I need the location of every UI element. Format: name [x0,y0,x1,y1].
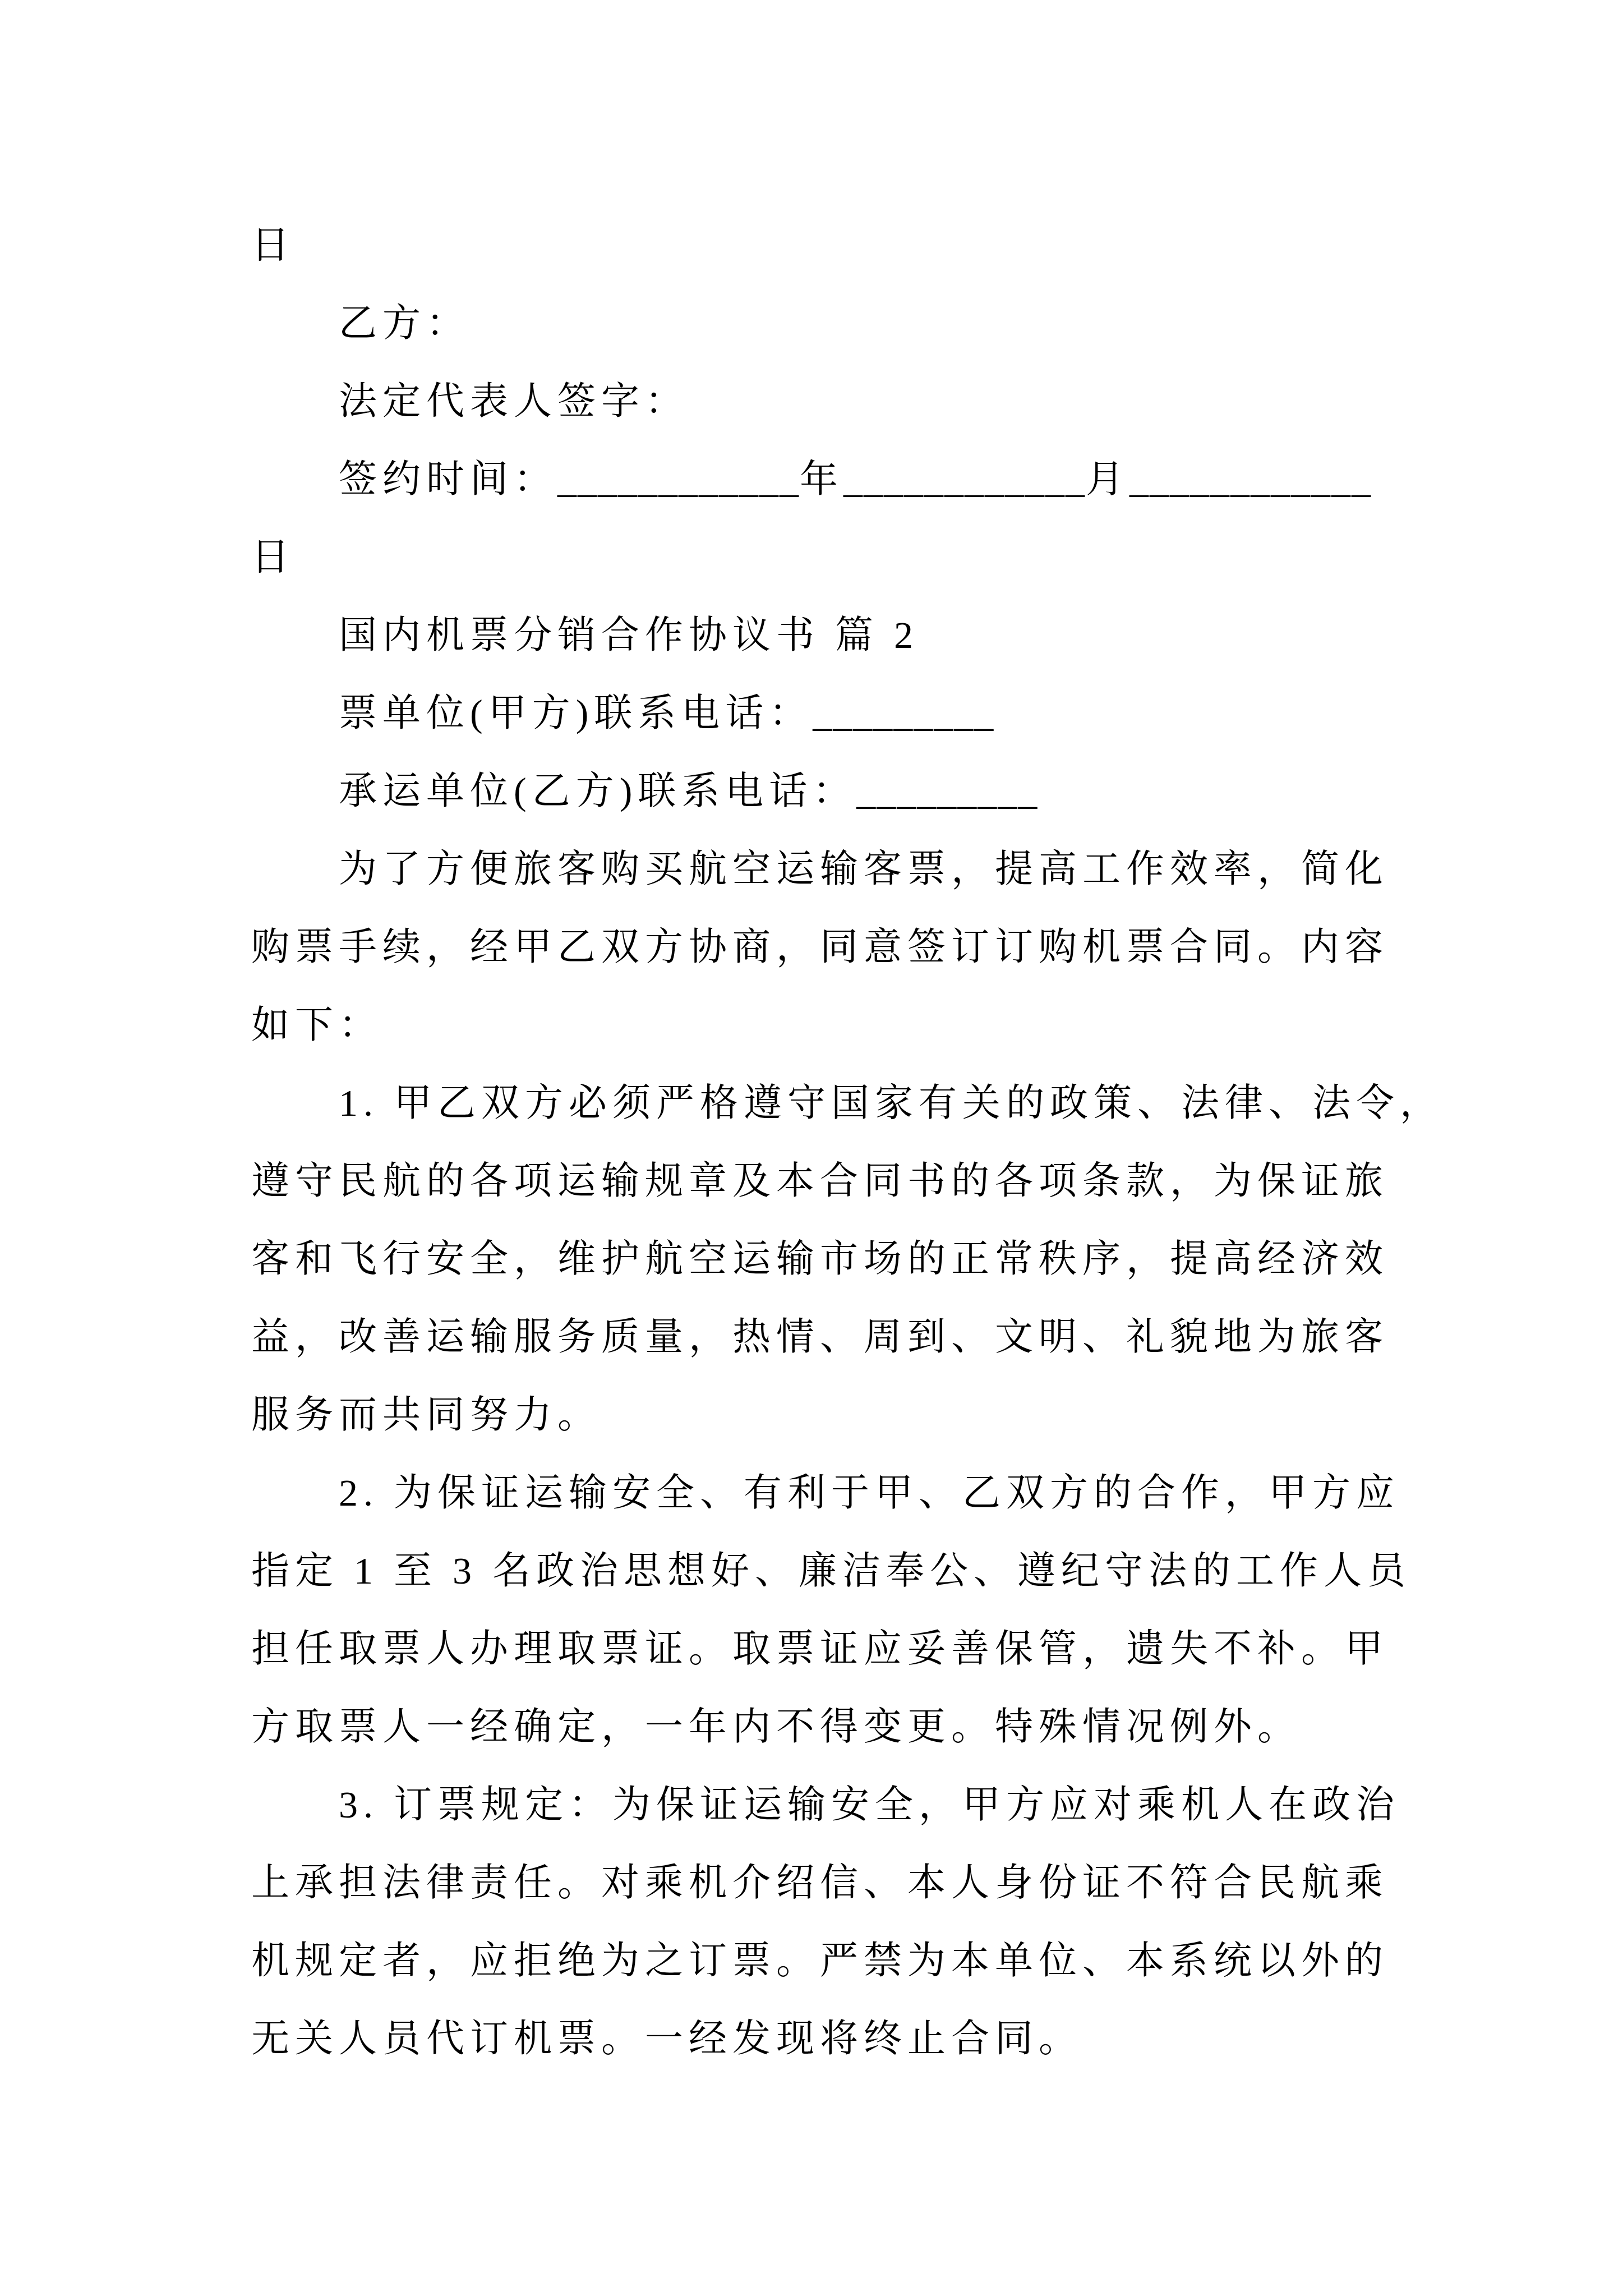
blank-underline: ____________ [843,458,1086,500]
clause-2-line-3: 担任取票人办理取票证。取票证应妥善保管，遗失不补。甲 [251,1610,1429,1688]
signing-date-line: 签约时间：____________年____________月_________… [251,440,1429,518]
document-content: 日 乙方： 法定代表人签字： 签约时间：____________年_______… [251,206,1429,2078]
clause-1-line-1: 1. 甲乙双方必须严格遵守国家有关的政策、法律、法令， [251,1064,1429,1142]
party-a-phone-label: 票单位(甲方)联系电话： [339,692,813,734]
date-suffix-line: 日 [251,206,1429,284]
document-page: 日 乙方： 法定代表人签字： 签约时间：____________年_______… [0,0,1623,2296]
intro-paragraph-line-3: 如下： [251,986,1429,1064]
intro-paragraph-line-2: 购票手续，经甲乙双方协商，同意签订订购机票合同。内容 [251,908,1429,986]
section-title-line: 国内机票分销合作协议书 篇 2 [251,596,1429,674]
legal-representative-signature-line: 法定代表人签字： [251,362,1429,440]
clause-2-line-2: 指定 1 至 3 名政治思想好、廉洁奉公、遵纪守法的工作人员 [251,1532,1429,1610]
clause-1-line-3: 客和飞行安全，维护航空运输市场的正常秩序，提高经济效 [251,1220,1429,1298]
clause-3-line-1: 3. 订票规定：为保证运输安全，甲方应对乘机人在政治 [251,1766,1429,1844]
blank-underline: _________ [813,692,994,734]
party-b-phone-line: 承运单位(乙方)联系电话：_________ [251,752,1429,830]
blank-underline: ____________ [557,458,800,500]
party-b-phone-label: 承运单位(乙方)联系电话： [339,770,856,812]
year-label: 年 [800,458,843,500]
clause-2-line-1: 2. 为保证运输安全、有利于甲、乙双方的合作，甲方应 [251,1454,1429,1532]
blank-underline: ____________ [1129,458,1372,500]
month-label: 月 [1086,458,1129,500]
signing-date-label: 签约时间： [339,458,557,500]
intro-paragraph-line-1: 为了方便旅客购买航空运输客票，提高工作效率，简化 [251,830,1429,908]
clause-3-line-2: 上承担法律责任。对乘机介绍信、本人身份证不符合民航乘 [251,1844,1429,1922]
clause-1-line-4: 益，改善运输服务质量，热情、周到、文明、礼貌地为旅客 [251,1298,1429,1376]
date-suffix-line-2: 日 [251,518,1429,596]
clause-3-line-4: 无关人员代订机票。一经发现将终止合同。 [251,2000,1429,2078]
party-b-line: 乙方： [251,284,1429,362]
blank-underline: _________ [856,770,1038,812]
clause-2-line-4: 方取票人一经确定，一年内不得变更。特殊情况例外。 [251,1688,1429,1766]
clause-1-line-2: 遵守民航的各项运输规章及本合同书的各项条款，为保证旅 [251,1142,1429,1220]
clause-1-line-5: 服务而共同努力。 [251,1376,1429,1454]
party-a-phone-line: 票单位(甲方)联系电话：_________ [251,674,1429,752]
clause-3-line-3: 机规定者，应拒绝为之订票。严禁为本单位、本系统以外的 [251,1922,1429,2000]
